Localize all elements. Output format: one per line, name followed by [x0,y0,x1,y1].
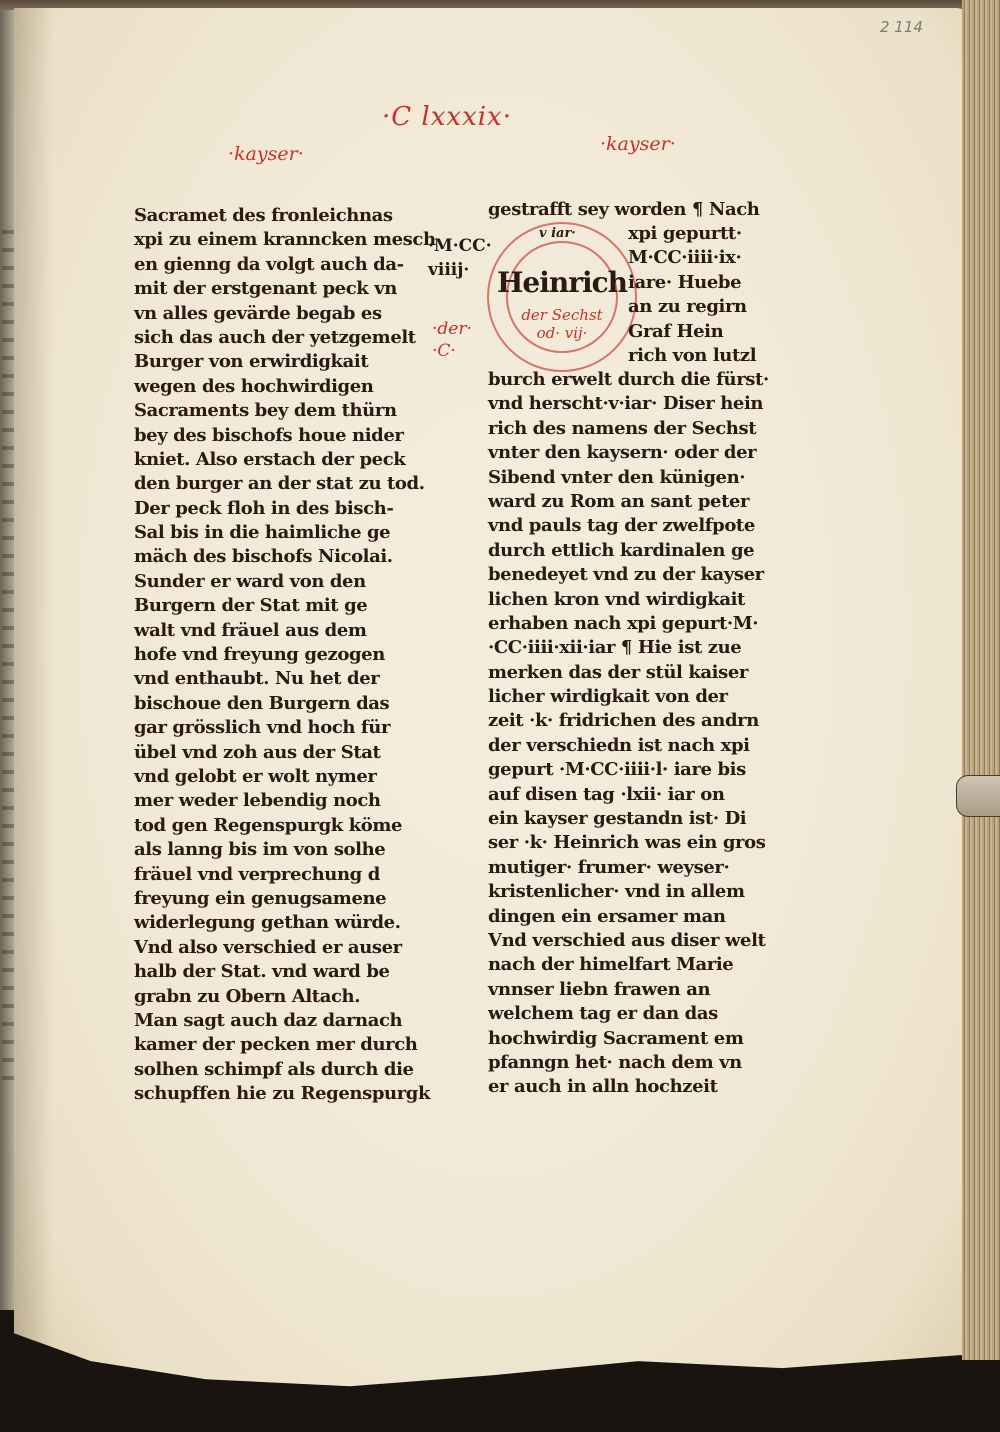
text-line: hochwirdig Sacrament em [488,1027,788,1051]
running-title-right: ·kayser· [600,133,676,155]
right-text-column: burch erwelt durch die fürst·vnd herscht… [488,368,788,1100]
ruler-roundel: v iar· Heinrich der Sechst od· vij· [487,222,637,372]
text-line: Sal bis in die haimliche ge [134,521,409,545]
text-line: vnd pauls tag der zwelfpote [488,514,788,538]
text-line: vnd enthaubt. Nu het der [134,667,409,691]
page-fore-edge [962,0,1000,1360]
text-line: pfanngn het· nach dem vn [488,1051,788,1075]
roundel-subtitle: der Sechst [489,306,635,324]
text-line: iare· Huebe [628,271,788,295]
text-line: dingen ein ersamer man [488,905,788,929]
text-line: Sibend vnter den künigen· [488,466,788,490]
text-line: ·CC·iiii·xii·iar ¶ Hie ist zue [488,636,788,660]
text-line: walt vnd fräuel aus dem [134,619,409,643]
text-line: Sacramet des fronleichnas [134,204,409,228]
text-line: er auch in alln hochzeit [488,1075,788,1099]
text-line: tod gen Regenspurgk köme [134,814,409,838]
roundel-ruler-name: Heinrich [489,266,635,299]
book-clasp [956,775,1000,817]
text-line: rich von lutzl [628,344,788,368]
text-line: benedeyet vnd zu der kayser [488,563,788,587]
text-line: der verschiedn ist nach xpi [488,734,788,758]
text-line: en gienng da volgt auch da- [134,253,409,277]
text-line: Vnd verschied aus diser welt [488,929,788,953]
text-line: lichen kron vnd wirdigkait [488,588,788,612]
text-line: freyung ein genugsamene [134,887,409,911]
text-line: nach der himelfart Marie [488,953,788,977]
text-line: vnter den kaysern· oder der [488,441,788,465]
text-line: halb der Stat. vnd ward be [134,960,409,984]
text-line: Man sagt auch daz darnach [134,1009,409,1033]
text-line: xpi zu einem kranncken mesch [134,228,409,252]
folio-number: 2 114 [880,18,923,36]
text-line: den burger an der stat zu tod. [134,472,409,496]
text-line: mit der erstgenant peck vn [134,277,409,301]
chapter-headline: ·C lxxxix· [382,102,512,132]
text-line: übel vnd zoh aus der Stat [134,741,409,765]
text-line: wegen des hochwirdigen [134,375,409,399]
text-line: widerlegung gethan würde. [134,911,409,935]
text-line: als lanng bis im von solhe [134,838,409,862]
text-line: an zu regirn [628,295,788,319]
text-line: vnnser liebn frawen an [488,978,788,1002]
text-line: zeit ·k· fridrichen des andrn [488,709,788,733]
text-line: sich das auch der yetzgemelt [134,326,409,350]
text-line: mutiger· frumer· weyser· [488,856,788,880]
text-line: bischoue den Burgern das [134,692,409,716]
text-line: vnd herscht·v·iar· Diser hein [488,392,788,416]
text-line: grabn zu Obern Altach. [134,985,409,1009]
text-line: erhaben nach xpi gepurt·M· [488,612,788,636]
left-text-column: Sacramet des fronleichnasxpi zu einem kr… [134,204,409,1106]
text-line: Sacraments bey dem thürn [134,399,409,423]
text-line: gepurt ·M·CC·iiii·l· iare bis [488,758,788,782]
right-column-top-line: gestrafft sey worden ¶ Nach [488,198,778,222]
text-line: mer weder lebendig noch [134,789,409,813]
text-line: merken das der stül kaiser [488,661,788,685]
text-line: Graf Hein [628,320,788,344]
text-line: gestrafft sey worden ¶ Nach [488,198,778,222]
text-line: kniet. Also erstach der peck [134,448,409,472]
text-line: ser ·k· Heinrich was ein gros [488,831,788,855]
text-line: mäch des bischofs Nicolai. [134,545,409,569]
text-beside-roundel: xpi gepurtt·M·CC·iiii·ix·iare· Huebean z… [628,222,788,368]
margin-date: ·M·CC· viiij· [428,234,492,282]
text-line: bey des bischofs houe nider [134,424,409,448]
text-line: Sunder er ward von den [134,570,409,594]
text-line: schupffen hie zu Regenspurgk [134,1082,409,1106]
text-line: welchem tag er dan das [488,1002,788,1026]
text-line: Vnd also verschied er auser [134,936,409,960]
running-title-left: ·kayser· [228,143,304,165]
text-line: ward zu Rom an sant peter [488,490,788,514]
text-line: ein kayser gestandn ist· Di [488,807,788,831]
text-line: fräuel vnd verprechung d [134,863,409,887]
text-line: vn alles gevärde begab es [134,302,409,326]
text-line: kamer der pecken mer durch [134,1033,409,1057]
text-line: Burger von erwirdigkait [134,350,409,374]
text-line: licher wirdigkait von der [488,685,788,709]
margin-note: ·der· ·C· [432,318,472,362]
text-line: gar grösslich vnd hoch für [134,716,409,740]
text-line: durch ettlich kardinalen ge [488,539,788,563]
roundel-subtitle-2: od· vij· [489,324,635,342]
roundel-years: v iar· [539,226,576,241]
text-line: xpi gepurtt· [628,222,788,246]
text-line: hofe vnd freyung gezogen [134,643,409,667]
text-line: solhen schimpf als durch die [134,1058,409,1082]
margin-date-line: viiij· [428,258,492,282]
text-line: vnd gelobt er wolt nymer [134,765,409,789]
margin-note-line: ·C· [432,340,472,362]
text-line: kristenlicher· vnd in allem [488,880,788,904]
text-line: Burgern der Stat mit ge [134,594,409,618]
text-line: burch erwelt durch die fürst· [488,368,788,392]
margin-date-line: ·M·CC· [428,234,492,258]
text-line: auf disen tag ·lxii· iar on [488,783,788,807]
margin-note-line: ·der· [432,318,472,340]
text-line: Der peck floh in des bisch- [134,497,409,521]
text-line: rich des namens der Sechst [488,417,788,441]
text-line: M·CC·iiii·ix· [628,246,788,270]
